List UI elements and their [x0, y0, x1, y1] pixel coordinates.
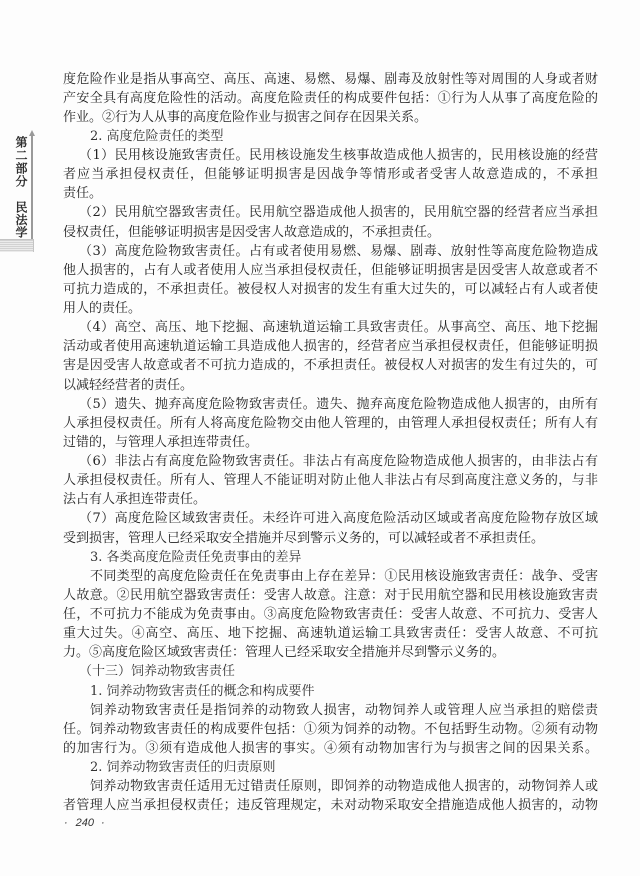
part-label: 第二部分 [14, 136, 27, 188]
tab-marker-block [0, 239, 34, 252]
text-line: 法占有人承担连带责任。 [63, 490, 598, 509]
body-text: 度危险作业是指从事高空、高压、高速、易燃、易爆、剧毒及放射性等对周围的人身或者财… [63, 70, 598, 816]
paragraph: （6）非法占有高度危险物致害责任。非法占有高度危险物造成他人损害的，由非法占有 … [63, 452, 598, 509]
page-number-dot-right: · [101, 817, 105, 829]
text-line: 饲养动物致害责任适用无过错责任原则，即饲养的动物造成他人损害的，动物饲养人或 [63, 777, 598, 796]
subsection-heading: 1. 饲养动物致害责任的概念和构成要件 [63, 682, 598, 701]
text-line: （3）高度危险物致害责任。占有或者使用易燃、易爆、剧毒、放射性等高度危险物造成 [63, 242, 598, 261]
text-line: 人故意。②民用航空器致害责任：受害人故意。注意：对于民用航空器和民用核设施致害责 [63, 586, 598, 605]
text-line: 以减轻经营者的责任。 [63, 376, 598, 395]
text-line: 活动或者使用高速轨道运输工具造成他人损害的，经营者应当承担侵权责任，但能够证明损 [63, 337, 598, 356]
paragraph: （2）民用航空器致害责任。民用航空器造成他人损害的，民用航空器的经营者应当承担 … [63, 203, 598, 241]
text-line: 者应当承担侵权责任，但能够证明损害是因战争等情形或者受害人故意造成的，不承担 [63, 165, 598, 184]
text-line: 人承担侵权责任。所有人、管理人不能证明对防止他人非法占有尽到高度注意义务的，与非 [63, 471, 598, 490]
paragraph: （5）遗失、抛弃高度危险物致害责任。遗失、抛弃高度危险物造成他人损害的，由所有 … [63, 395, 598, 452]
text-line: （4）高空、高压、地下挖掘、高速轨道运输工具致害责任。从事高空、高压、地下挖掘 [63, 318, 598, 337]
text-line: （5）遗失、抛弃高度危险物致害责任。遗失、抛弃高度危险物造成他人损害的，由所有 [63, 395, 598, 414]
paragraph: 度危险作业是指从事高空、高压、高速、易燃、易爆、剧毒及放射性等对周围的人身或者财… [63, 70, 598, 127]
text-line: 人承担侵权责任。所有人将高度危险物交由他人管理的，由管理人承担侵权责任；所有人有 [63, 414, 598, 433]
text-line: 力。⑤高度危险区域致害责任：管理人已经采取安全措施并尽到警示义务的。 [63, 643, 598, 662]
paragraph: （1）民用核设施致害责任。民用核设施发生核事故造成他人损害的，民用核设施的经营 … [63, 146, 598, 203]
text-line: 饲养动物致害责任是指饲养的动物致人损害，动物饲养人或管理人应当承担的赔偿责 [63, 701, 598, 720]
page-number: ·240· [64, 817, 105, 831]
text-line: 重大过失。④高空、高压、地下挖掘、高速轨道运输工具致害责任：受害人故意、不可抗 [63, 624, 598, 643]
subsection-heading: 3. 各类高度危险责任免责事由的差异 [63, 548, 598, 567]
text-line: 用人的责任。 [63, 299, 598, 318]
document-page: 第二部分 民法学 度危险作业是指从事高空、高压、高速、易燃、易爆、剧毒及放射性等… [0, 0, 640, 876]
text-line: 受到损害，管理人已经采取安全措施并尽到警示义务的，可以减轻或者不承担责任。 [63, 529, 598, 548]
text-line: 不同类型的高度危险责任在免责事由上存在差异：①民用核设施致害责任：战争、受害 [63, 567, 598, 586]
text-line: （2）民用航空器致害责任。民用航空器造成他人损害的，民用航空器的经营者应当承担 [63, 203, 598, 222]
tab-rule-line [31, 136, 33, 240]
paragraph: （4）高空、高压、地下挖掘、高速轨道运输工具致害责任。从事高空、高压、地下挖掘 … [63, 318, 598, 395]
text-line: 的加害行为。③须有造成他人损害的事实。④须有动物加害行为与损害之间的因果关系。 [63, 739, 598, 758]
text-line: 责任。 [63, 184, 598, 203]
text-line: 可抗力造成的，不承担责任。被侵权人对损害的发生有重大过失的，可以减轻占有人或者使 [63, 280, 598, 299]
text-line: 任，不可抗力不能成为免责事由。③高度危险物致害责任：受害人故意、不可抗力、受害人 [63, 605, 598, 624]
paragraph: 饲养动物致害责任是指饲养的动物致人损害，动物饲养人或管理人应当承担的赔偿责 任。… [63, 701, 598, 758]
text-line: 侵权责任，但能够证明损害是因受害人故意造成的，不承担责任。 [63, 223, 598, 242]
section-heading: （十三）饲养动物致害责任 [63, 662, 598, 681]
paragraph: （3）高度危险物致害责任。占有或者使用易燃、易爆、剧毒、放射性等高度危险物造成 … [63, 242, 598, 319]
text-line: 作业。②行为人从事的高度危险作业与损害之间存在因果关系。 [63, 108, 598, 127]
subsection-heading: 2. 饲养动物致害责任的归责原则 [63, 758, 598, 777]
text-line: （1）民用核设施致害责任。民用核设施发生核事故造成他人损害的，民用核设施的经营 [63, 146, 598, 165]
text-line: 他人损害的，占有人或者使用人应当承担侵权责任，但能够证明损害是因受害人故意或者不 [63, 261, 598, 280]
subsection-heading: 2. 高度危险责任的类型 [63, 127, 598, 146]
text-line: 度危险作业是指从事高空、高压、高速、易燃、易爆、剧毒及放射性等对周围的人身或者财 [63, 70, 598, 89]
page-number-dot-left: · [64, 817, 68, 829]
text-line: 产安全具有高度危险性的活动。高度危险责任的构成要件包括：①行为人从事了高度危险的 [63, 89, 598, 108]
text-line: 者管理人应当承担侵权责任；违反管理规定，未对动物采取安全措施造成他人损害的，动物 [63, 796, 598, 815]
text-line: （7）高度危险区域致害责任。未经许可进入高度危险活动区域或者高度危险物存放区域 [63, 509, 598, 528]
text-line: 害是因受害人故意或者不可抗力造成的，不承担责任。被侵权人对损害的发生有过失的，可 [63, 356, 598, 375]
paragraph: （7）高度危险区域致害责任。未经许可进入高度危险活动区域或者高度危险物存放区域 … [63, 509, 598, 547]
text-line: （6）非法占有高度危险物致害责任。非法占有高度危险物造成他人损害的，由非法占有 [63, 452, 598, 471]
text-line: 过错的，与管理人承担连带责任。 [63, 433, 598, 452]
page-number-value: 240 [76, 817, 94, 829]
subject-label: 民法学 [14, 201, 27, 239]
paragraph: 饲养动物致害责任适用无过错责任原则，即饲养的动物造成他人损害的，动物饲养人或 者… [63, 777, 598, 815]
paragraph: 不同类型的高度危险责任在免责事由上存在差异：①民用核设施致害责任：战争、受害 人… [63, 567, 598, 663]
text-line: 任。饲养动物致害责任的构成要件包括：①须为饲养的动物。不包括野生动物。②须有动物 [63, 720, 598, 739]
